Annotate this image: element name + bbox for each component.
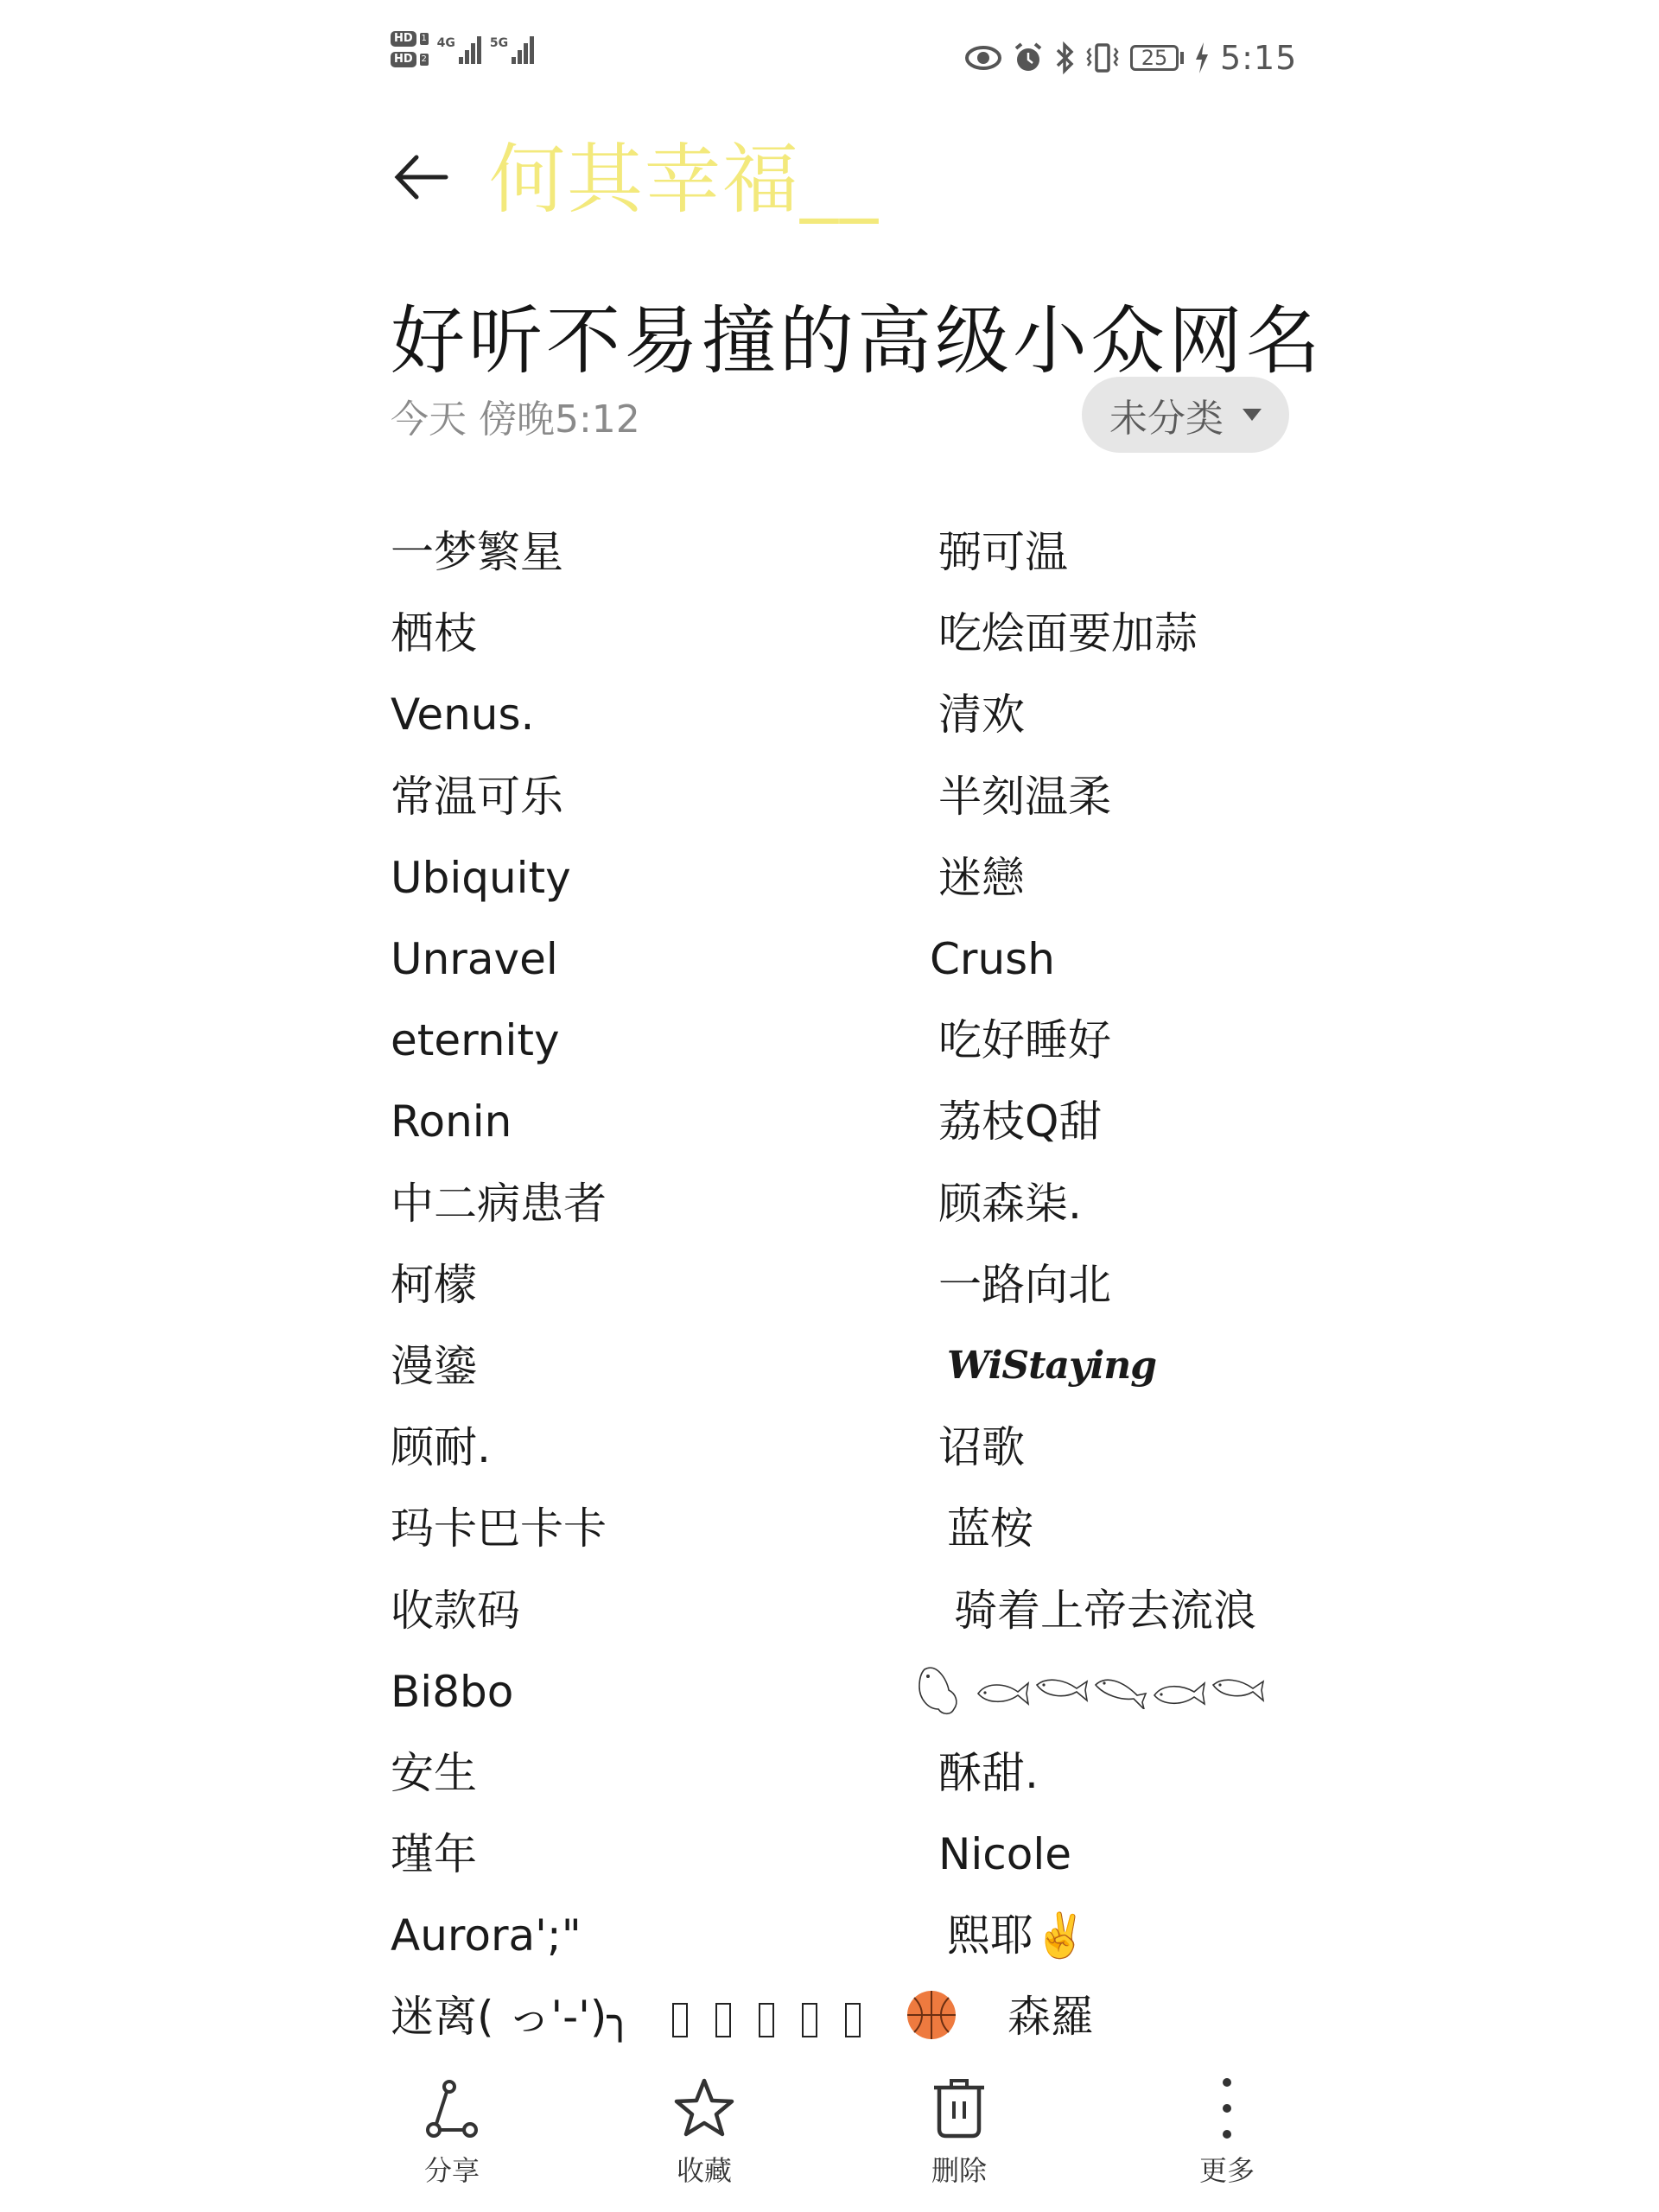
- author-watermark: 何其幸福__: [489, 137, 880, 223]
- name-item: 瑾年: [391, 1828, 938, 1880]
- more-button[interactable]: 更多: [1141, 2074, 1313, 2188]
- name-item: 荔枝Q甜: [938, 1096, 1102, 1147]
- list-row: eternity吃好睡好: [391, 1000, 1306, 1081]
- fish-icon: [1094, 1675, 1149, 1709]
- note-date: 今天 傍晚5:12: [391, 396, 640, 444]
- name-item: Ubiquity: [391, 852, 938, 904]
- bottom-toolbar: 分享 收藏 删除 更多: [0, 2074, 1659, 2212]
- name-item: Ronin: [391, 1096, 938, 1147]
- caret-down-icon: [1243, 409, 1262, 421]
- battery-tip: [1180, 52, 1184, 64]
- arrow-left-icon: [391, 147, 451, 207]
- list-row: 中二病患者顾森柒.: [391, 1163, 1306, 1244]
- alarm-icon: [1013, 41, 1044, 74]
- name-item: 柯檬: [391, 1259, 938, 1311]
- list-row: 瑾年Nicole: [391, 1814, 1306, 1895]
- name-item: 漫鎏: [391, 1340, 938, 1392]
- more-label: 更多: [1199, 2153, 1255, 2188]
- list-row: 漫鎏WiStaying: [391, 1325, 1306, 1407]
- vibrate-icon: [1085, 41, 1120, 74]
- hd-voice-badge: HD: [391, 31, 416, 47]
- name-item: 常温可乐: [391, 771, 938, 823]
- list-row: 玛卡巴卡卡蓝桉: [391, 1488, 1306, 1569]
- name-item: Bi8bo: [391, 1666, 938, 1718]
- status-bar-right: 25 5:15: [964, 36, 1297, 79]
- list-row: Venus.清欢: [391, 674, 1306, 755]
- tofu-glyph: [715, 2003, 731, 2037]
- category-label: 未分类: [1109, 387, 1224, 442]
- fish-icon: [1153, 1676, 1208, 1707]
- list-row: 顾耐.诏歌: [391, 1407, 1306, 1488]
- battery-indicator: 25: [1130, 45, 1179, 71]
- name-item: Unravel: [391, 933, 938, 985]
- list-row: 柯檬一路向北: [391, 1244, 1306, 1325]
- fish-glyph-name: [916, 1664, 1267, 1719]
- tofu-glyph: [845, 2003, 861, 2037]
- list-row: UnravelCrush: [391, 918, 1306, 1000]
- list-row: 安生酥甜.: [391, 1732, 1306, 1814]
- name-item: 顾森柒.: [938, 1178, 1082, 1230]
- hd-voice-badge: HD: [391, 52, 416, 67]
- signal-5g-icon: 5G: [490, 36, 534, 64]
- name-item: 顾耐.: [391, 1421, 938, 1473]
- tofu-glyph: [672, 2003, 688, 2037]
- delete-label: 删除: [931, 2153, 987, 2188]
- back-button[interactable]: [391, 147, 451, 207]
- name-item: eternity: [391, 1014, 938, 1066]
- name-item: 收款码: [391, 1585, 938, 1637]
- name-item: 熙耶✌️: [947, 1910, 1087, 1961]
- name-item: 迷离( っ'-')╮: [391, 1991, 658, 2043]
- unrendered-glyphs: [658, 1991, 944, 2043]
- name-item: 吃好睡好: [938, 1014, 1111, 1066]
- share-button[interactable]: 分享: [365, 2074, 538, 2188]
- name-item: 骑着上帝去流浪: [954, 1585, 1256, 1637]
- name-item: Aurora';": [391, 1910, 938, 1961]
- name-item: 栖枝: [391, 607, 938, 659]
- list-row: Ronin荔枝Q甜: [391, 1081, 1306, 1162]
- name-item: 诏歌: [938, 1421, 1025, 1473]
- favorite-label: 收藏: [677, 2153, 732, 2188]
- delete-button[interactable]: 删除: [873, 2074, 1046, 2188]
- charging-bolt-icon: [1194, 42, 1210, 73]
- list-row: Bi8bo: [391, 1651, 1306, 1732]
- note-body[interactable]: 一梦繁星弼可温 栖枝吃烩面要加蒜 Venus.清欢 常温可乐半刻温柔 Ubiqu…: [391, 512, 1306, 2058]
- name-item: 弼可温: [938, 526, 1068, 578]
- list-row: 栖枝吃烩面要加蒜: [391, 593, 1306, 674]
- eye-comfort-icon: [964, 45, 1002, 71]
- sim-slot-2: 2: [420, 54, 429, 66]
- bluetooth-icon: [1054, 41, 1075, 74]
- name-item: Nicole: [938, 1828, 1071, 1880]
- name-item: 安生: [391, 1747, 938, 1799]
- name-item: 迷戀: [938, 852, 1025, 904]
- name-item: 中二病患者: [391, 1178, 938, 1230]
- signal-4g-icon: 4G: [437, 36, 481, 64]
- name-item: 蓝桉: [947, 1503, 1033, 1554]
- more-vertical-icon: [1218, 2075, 1236, 2141]
- sim-indicators: HD1 HD2: [391, 31, 429, 67]
- tofu-glyph: [759, 2003, 774, 2037]
- trash-icon: [929, 2077, 989, 2139]
- tofu-glyph: [802, 2003, 817, 2037]
- favorite-button[interactable]: 收藏: [618, 2074, 791, 2188]
- name-item: 森羅: [1007, 1991, 1094, 2043]
- name-item: 清欢: [938, 689, 1025, 741]
- status-bar-left: HD1 HD2 4G 5G: [391, 31, 534, 92]
- fish-icon: [1035, 1676, 1090, 1707]
- name-item: 玛卡巴卡卡: [391, 1503, 938, 1554]
- name-item: 吃烩面要加蒜: [938, 607, 1198, 659]
- star-icon: [673, 2077, 735, 2139]
- fish-icon: [1211, 1676, 1267, 1707]
- fish-icon: [976, 1676, 1032, 1707]
- basketball-emoji-icon: [906, 1989, 957, 2044]
- list-row: 迷离( っ'-')╮ 森羅: [391, 1976, 1306, 2057]
- list-row: 一梦繁星弼可温: [391, 512, 1306, 593]
- note-title[interactable]: 好听不易撞的高级小众网名: [391, 294, 1324, 389]
- share-icon: [422, 2078, 482, 2139]
- name-item: 一梦繁星: [391, 526, 938, 578]
- name-item: 一路向北: [938, 1259, 1111, 1311]
- name-item-script: WiStaying: [947, 1340, 1156, 1392]
- list-row: 常温可乐半刻温柔: [391, 756, 1306, 837]
- category-dropdown[interactable]: 未分类: [1082, 377, 1289, 453]
- list-row: 收款码骑着上帝去流浪: [391, 1569, 1306, 1650]
- pufferfish-icon: [916, 1664, 973, 1719]
- sim-slot-1: 1: [420, 33, 429, 45]
- clock: 5:15: [1220, 39, 1297, 77]
- name-item: 半刻温柔: [938, 771, 1111, 823]
- share-label: 分享: [424, 2153, 480, 2188]
- list-row: Aurora';"熙耶✌️: [391, 1895, 1306, 1976]
- name-item: 酥甜.: [938, 1747, 1039, 1799]
- list-row: Ubiquity迷戀: [391, 837, 1306, 918]
- name-item: Crush: [930, 933, 1055, 985]
- name-item: Venus.: [391, 689, 938, 741]
